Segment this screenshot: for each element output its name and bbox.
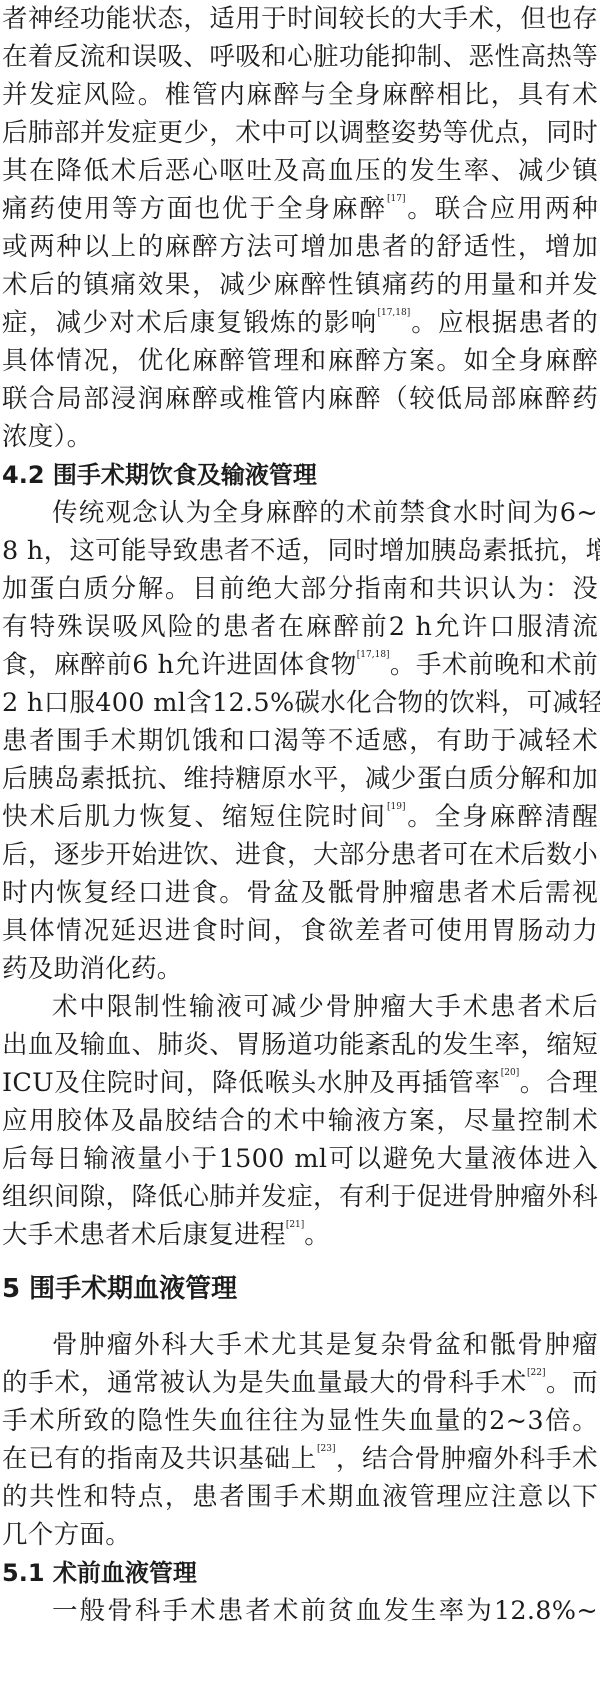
text-line: 食，麻醉前6 h允许进固体食物[17,18]。手术前晚和术前: [2, 646, 598, 684]
text-line: 患者围手术期饥饿和口渴等不适感，有助于减轻术: [2, 722, 598, 760]
line-text: 术中限制性输液可减少骨肿瘤大手术患者术后: [52, 992, 598, 1022]
line-text: 在着反流和误吸、呼吸和心脏功能抑制、恶性高热等: [2, 42, 598, 72]
text-line: 症，减少对术后康复锻炼的影响[17,18]。应根据患者的: [2, 304, 598, 342]
citation-ref[interactable]: [17,18]: [377, 308, 410, 318]
text-line: 2 h口服400 ml含12.5%碳水化合物的饮料，可减轻: [2, 684, 598, 722]
line-text: 浓度）。: [2, 422, 92, 452]
line-text: 其在降低术后恶心呕吐及高血压的发生率、减少镇: [2, 156, 598, 186]
text-line: 时内恢复经口进食。骨盆及骶骨肿瘤患者术后需视: [2, 874, 598, 912]
text-line: 8 h，这可能导致患者不适，同时增加胰岛素抵抗，增: [2, 532, 598, 570]
text-line: 传统观念认为全身麻醉的术前禁食水时间为6~: [2, 494, 598, 532]
line-text: 具体情况，优化麻醉管理和麻醉方案。如全身麻醉: [2, 346, 598, 376]
section-heading: 5 围手术期血液管理: [2, 1270, 598, 1308]
line-text: 时内恢复经口进食。骨盆及骶骨肿瘤患者术后需视: [2, 878, 598, 908]
line-text: 手术所致的隐性失血往往为显性失血量的2~3倍。: [2, 1406, 598, 1436]
line-text: 具体情况延迟进食时间，食欲差者可使用胃肠动力: [2, 916, 598, 946]
line-text: 症，减少对术后康复锻炼的影响: [2, 308, 377, 338]
line-text: 一般骨科手术患者术前贫血发生率为12.8%~: [52, 1596, 598, 1626]
text-line: 出血及输血、肺炎、胃肠道功能紊乱的发生率，缩短: [2, 1026, 598, 1064]
text-line: 有特殊误吸风险的患者在麻醉前2 h允许口服清流: [2, 608, 598, 646]
line-text: 。合理: [519, 1068, 598, 1098]
line-text: 的手术，通常被认为是失血量最大的骨科手术: [2, 1368, 527, 1398]
line-text: 应用胶体及晶胶结合的术中输液方案，尽量控制术: [2, 1106, 598, 1136]
line-text: 4.2 围手术期饮食及输液管理: [2, 461, 317, 489]
text-line: 几个方面。: [2, 1516, 598, 1554]
text-line: 的手术，通常被认为是失血量最大的骨科手术[22]。而: [2, 1364, 598, 1402]
text-line: 痛药使用等方面也优于全身麻醉[17]。联合应用两种: [2, 190, 598, 228]
line-text: 食，麻醉前6 h允许进固体食物: [2, 650, 357, 680]
text-line: 应用胶体及晶胶结合的术中输液方案，尽量控制术: [2, 1102, 598, 1140]
text-line: 大手术患者术后康复进程[21]。: [2, 1216, 598, 1254]
citation-ref[interactable]: [21]: [286, 1220, 304, 1230]
text-line: 具体情况延迟进食时间，食欲差者可使用胃肠动力: [2, 912, 598, 950]
text-line: 后每日输液量小于1500 ml可以避免大量液体进入: [2, 1140, 598, 1178]
text-line: 一般骨科手术患者术前贫血发生率为12.8%~: [2, 1592, 598, 1630]
text-line: 骨肿瘤外科大手术尤其是复杂骨盆和骶骨肿瘤: [2, 1326, 598, 1364]
line-text: 。手术前晚和术前: [390, 650, 598, 680]
text-line: 或两种以上的麻醉方法可增加患者的舒适性，增加: [2, 228, 598, 266]
line-text: ICU及住院时间，降低喉头水肿及再插管率: [2, 1068, 501, 1098]
line-text: 后，逐步开始进饮、进食，大部分患者可在术后数小: [2, 840, 598, 870]
line-text: 传统观念认为全身麻醉的术前禁食水时间为6~: [52, 498, 598, 528]
line-text: 大手术患者术后康复进程: [2, 1220, 286, 1250]
text-line: 浓度）。: [2, 418, 598, 456]
citation-ref[interactable]: [17,18]: [357, 650, 390, 660]
line-text: 后肺部并发症更少，术中可以调整姿势等优点，同时: [2, 118, 598, 148]
text-line: 术后的镇痛效果，减少麻醉性镇痛药的用量和并发: [2, 266, 598, 304]
line-text: 出血及输血、肺炎、胃肠道功能紊乱的发生率，缩短: [2, 1030, 598, 1060]
citation-ref[interactable]: [22]: [527, 1368, 545, 1378]
line-text: 并发症风险。椎管内麻醉与全身麻醉相比，具有术: [2, 80, 598, 110]
citation-ref[interactable]: [19]: [387, 802, 405, 812]
line-text: 患者围手术期饥饿和口渴等不适感，有助于减轻术: [2, 726, 598, 756]
text-line: 具体情况，优化麻醉管理和麻醉方案。如全身麻醉: [2, 342, 598, 380]
text-line: 的共性和特点，患者围手术期血液管理应注意以下: [2, 1478, 598, 1516]
text-line: 在已有的指南及共识基础上[23]，结合骨肿瘤外科手术: [2, 1440, 598, 1478]
text-line: 加蛋白质分解。目前绝大部分指南和共识认为：没: [2, 570, 598, 608]
line-text: 骨肿瘤外科大手术尤其是复杂骨盆和骶骨肿瘤: [52, 1330, 598, 1360]
line-text: 5 围手术期血液管理: [2, 1274, 237, 1304]
text-line: 手术所致的隐性失血往往为显性失血量的2~3倍。: [2, 1402, 598, 1440]
text-line: 后，逐步开始进饮、进食，大部分患者可在术后数小: [2, 836, 598, 874]
line-text: 。全身麻醉清醒: [406, 802, 599, 832]
text-line: 者神经功能状态，适用于时间较长的大手术，但也存: [2, 0, 598, 38]
line-text: 的共性和特点，患者围手术期血液管理应注意以下: [2, 1482, 598, 1512]
line-text: 组织间隙，降低心肺并发症，有利于促进骨肿瘤外科: [2, 1182, 598, 1212]
text-line: 在着反流和误吸、呼吸和心脏功能抑制、恶性高热等: [2, 38, 598, 76]
line-text: 5.1 术前血液管理: [2, 1559, 197, 1587]
line-text: 后胰岛素抵抗、维持糖原水平，减少蛋白质分解和加: [2, 764, 598, 794]
text-line: 其在降低术后恶心呕吐及高血压的发生率、减少镇: [2, 152, 598, 190]
line-text: 几个方面。: [2, 1520, 131, 1550]
text-line: 术中限制性输液可减少骨肿瘤大手术患者术后: [2, 988, 598, 1026]
line-text: 有特殊误吸风险的患者在麻醉前2 h允许口服清流: [2, 612, 598, 642]
text-line: 快术后肌力恢复、缩短住院时间[19]。全身麻醉清醒: [2, 798, 598, 836]
subsection-heading: 5.1 术前血液管理: [2, 1554, 598, 1592]
line-text: 。应根据患者的: [410, 308, 598, 338]
line-text: ，结合骨肿瘤外科手术: [335, 1444, 598, 1474]
line-text: 。联合应用两种: [406, 194, 599, 224]
text-line: 后肺部并发症更少，术中可以调整姿势等优点，同时: [2, 114, 598, 152]
line-text: 药及助消化药。: [2, 954, 183, 984]
text-line: 药及助消化药。: [2, 950, 598, 988]
text-line: 并发症风险。椎管内麻醉与全身麻醉相比，具有术: [2, 76, 598, 114]
line-text: 加蛋白质分解。目前绝大部分指南和共识认为：没: [2, 574, 598, 604]
subsection-heading: 4.2 围手术期饮食及输液管理: [2, 456, 598, 494]
text-line: 联合局部浸润麻醉或椎管内麻醉（较低局部麻醉药: [2, 380, 598, 418]
line-text: 术后的镇痛效果，减少麻醉性镇痛药的用量和并发: [2, 270, 598, 300]
line-text: 者神经功能状态，适用于时间较长的大手术，但也存: [2, 4, 598, 34]
citation-ref[interactable]: [17]: [387, 194, 405, 204]
line-text: 联合局部浸润麻醉或椎管内麻醉（较低局部麻醉药: [2, 384, 598, 414]
text-line: 后胰岛素抵抗、维持糖原水平，减少蛋白质分解和加: [2, 760, 598, 798]
line-text: 2 h口服400 ml含12.5%碳水化合物的饮料，可减轻: [2, 688, 600, 718]
line-text: 。: [304, 1220, 330, 1250]
line-text: 快术后肌力恢复、缩短住院时间: [2, 802, 387, 832]
text-line: ICU及住院时间，降低喉头水肿及再插管率[20]。合理: [2, 1064, 598, 1102]
line-text: 或两种以上的麻醉方法可增加患者的舒适性，增加: [2, 232, 598, 262]
line-text: 在已有的指南及共识基础上: [2, 1444, 317, 1474]
text-line: 组织间隙，降低心肺并发症，有利于促进骨肿瘤外科: [2, 1178, 598, 1216]
citation-ref[interactable]: [20]: [501, 1068, 519, 1078]
line-text: 。而: [545, 1368, 598, 1398]
line-text: 8 h，这可能导致患者不适，同时增加胰岛素抵抗，增: [2, 536, 600, 566]
line-text: 后每日输液量小于1500 ml可以避免大量液体进入: [2, 1144, 598, 1174]
citation-ref[interactable]: [23]: [317, 1444, 335, 1454]
line-text: 痛药使用等方面也优于全身麻醉: [2, 194, 387, 224]
